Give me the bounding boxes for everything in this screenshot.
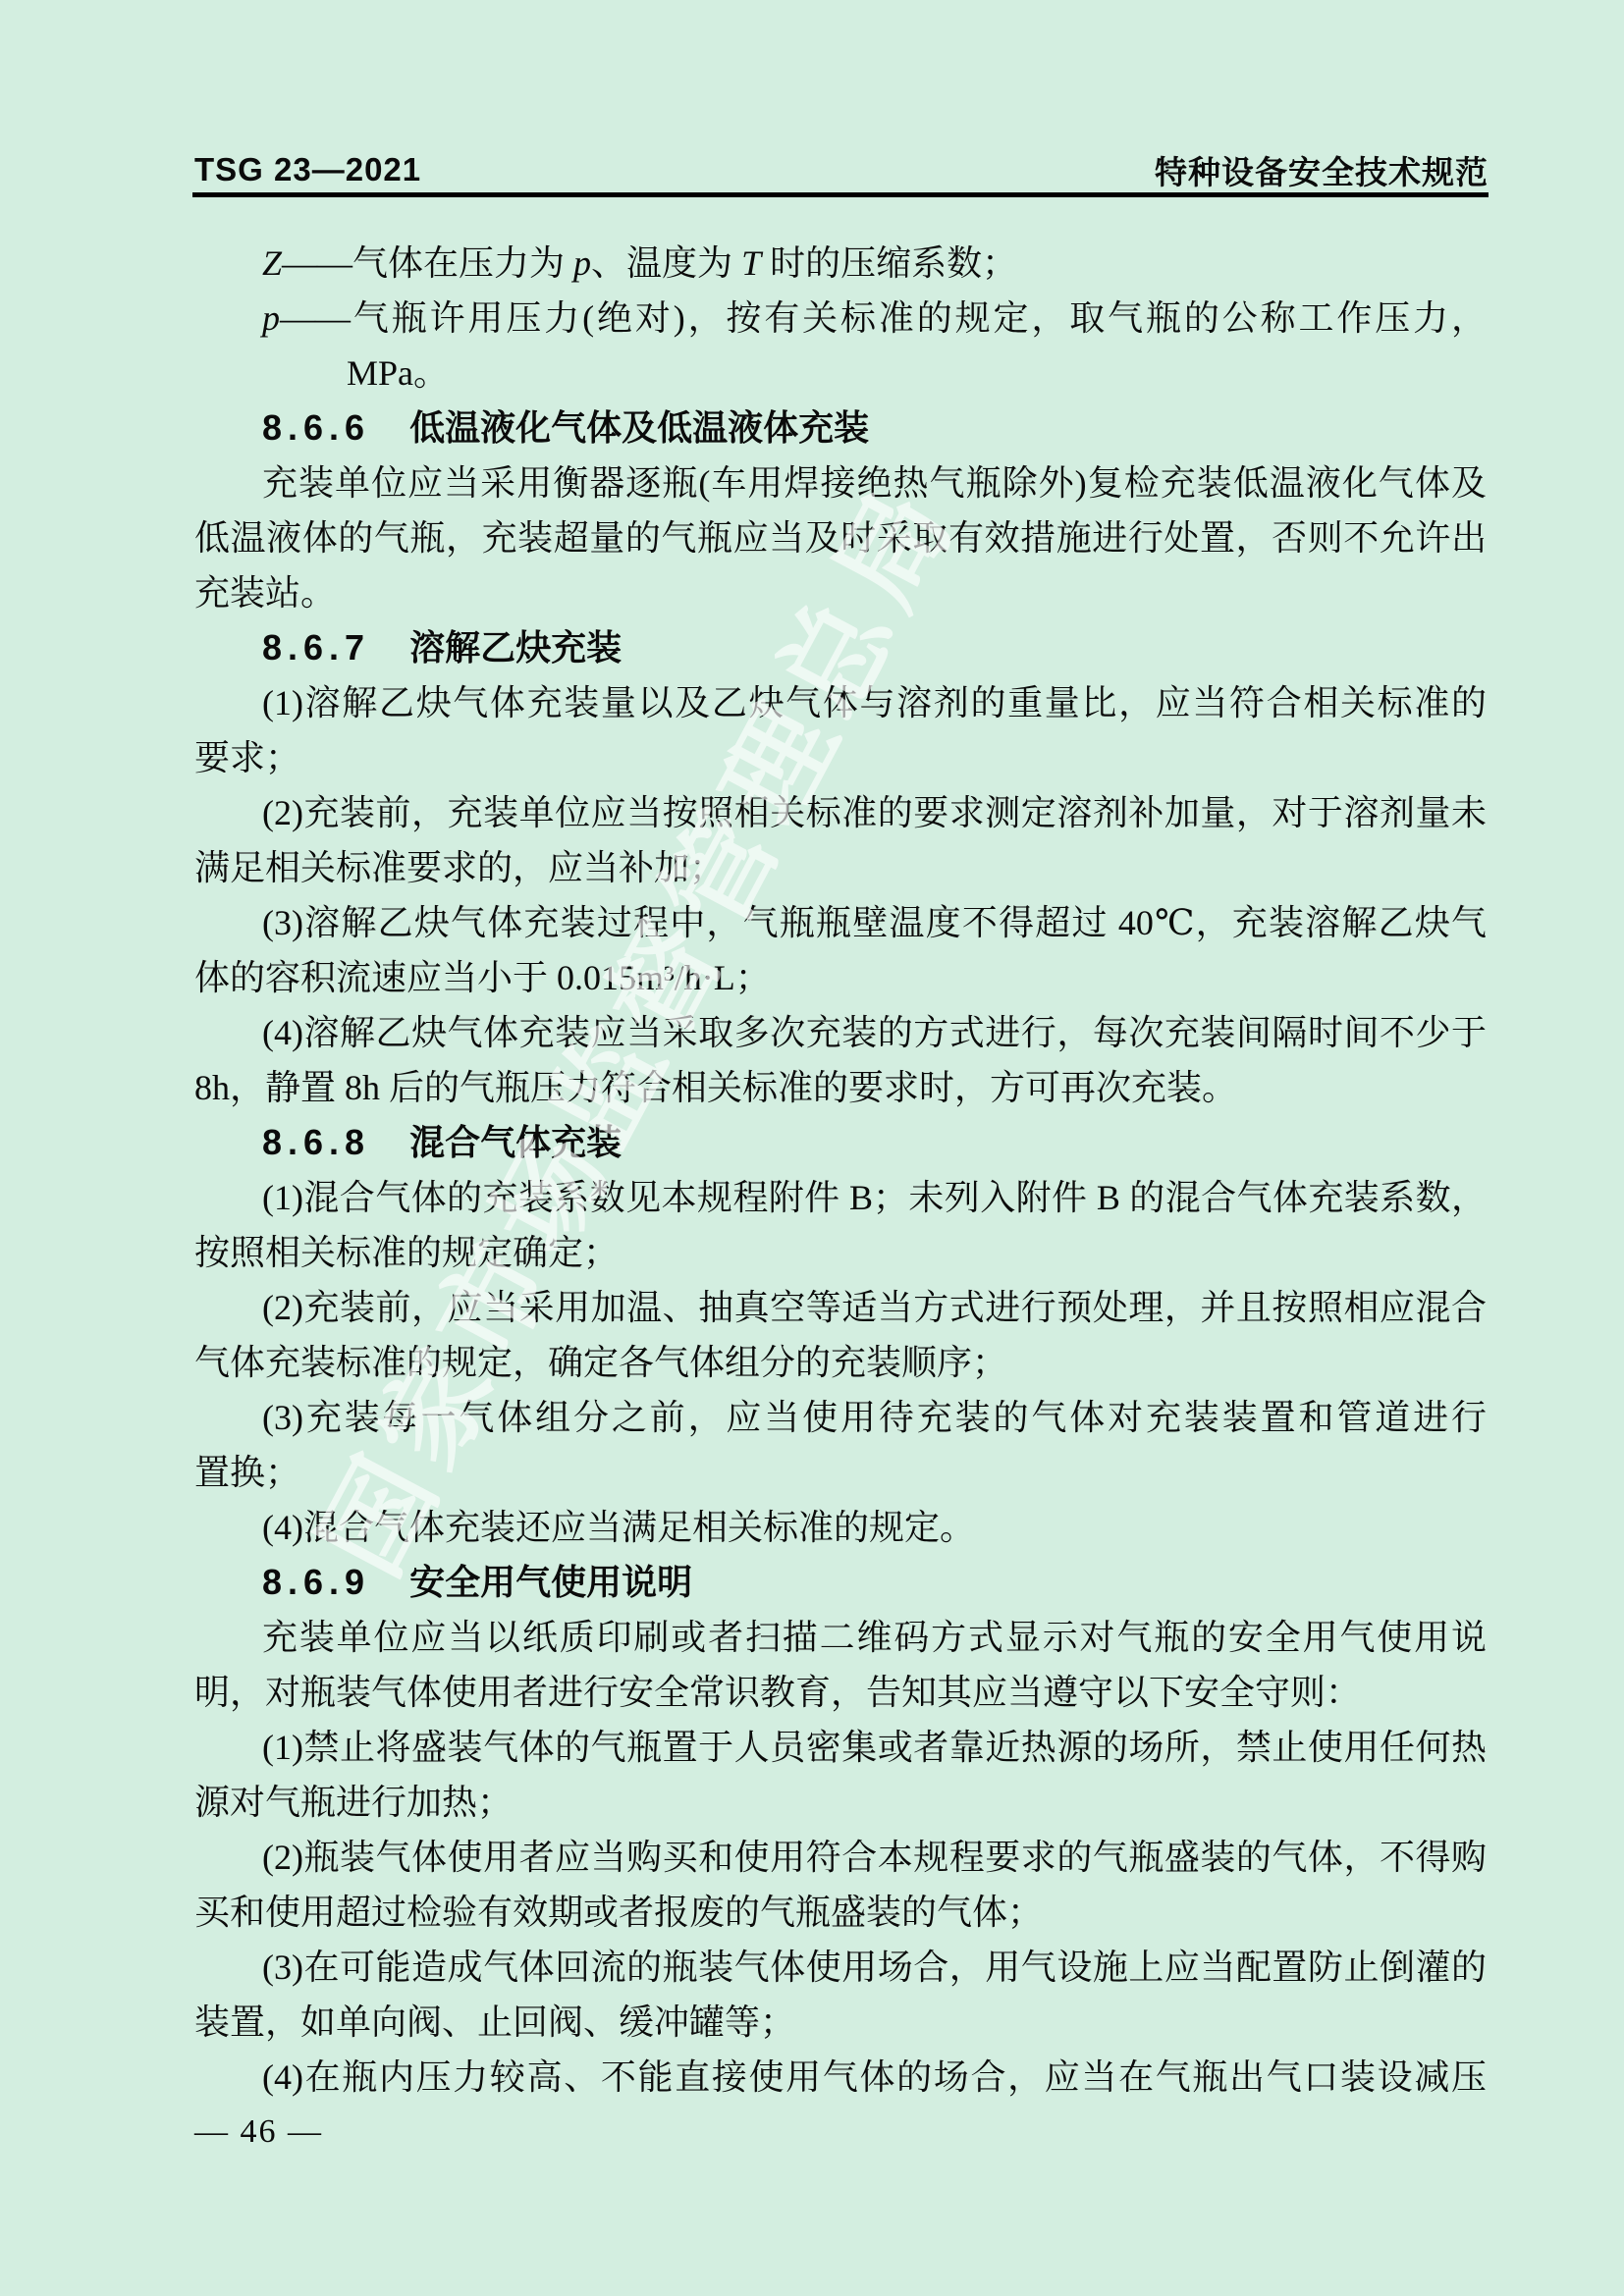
text-segment: ——气体在压力为 [282, 243, 573, 283]
text-line: 按照相关标准的规定确定； [194, 1225, 1487, 1280]
section-heading: 8.6.6 低温液化气体及低温液体充装 [194, 400, 1487, 455]
math-variable: T [741, 243, 761, 283]
text-line: 低温液体的气瓶，充装超量的气瓶应当及时采取有效措施进行处置，否则不允许出 [194, 510, 1487, 565]
math-variable: p [262, 298, 280, 338]
section-heading: 8.6.9 安全用气使用说明 [194, 1555, 1487, 1610]
text-line: MPa。 [194, 346, 1487, 400]
text-line: (2)充装前，充装单位应当按照相关标准的要求测定溶剂补加量，对于溶剂量未 [194, 785, 1487, 840]
text-segment: 、温度为 [591, 243, 741, 283]
document-title: 特种设备安全技术规范 [1155, 147, 1489, 193]
section-number: 8.6.9 [262, 1562, 370, 1602]
text-line: (4)在瓶内压力较高、不能直接使用气体的场合，应当在气瓶出气口装设减压 [194, 2050, 1487, 2105]
section-heading: 8.6.8 混合气体充装 [194, 1115, 1487, 1170]
text-line: 充装单位应当以纸质印刷或者扫描二维码方式显示对气瓶的安全用气使用说 [194, 1610, 1487, 1665]
text-segment: 溶解乙炔充装 [374, 627, 622, 667]
text-segment: 低温液化气体及低温液体充装 [374, 407, 869, 448]
section-number: 8.6.7 [262, 627, 370, 667]
text-line: 要求； [194, 730, 1487, 785]
text-line: (1)混合气体的充装系数见本规程附件 B；未列入附件 B 的混合气体充装系数， [194, 1170, 1487, 1225]
text-line: (2)瓶装气体使用者应当购买和使用符合本规程要求的气瓶盛装的气体，不得购 [194, 1830, 1487, 1885]
text-line: 买和使用超过检验有效期或者报废的气瓶盛装的气体； [194, 1885, 1487, 1940]
document-page: { "header": { "left": "TSG 23—2021", "ri… [0, 0, 1624, 2296]
text-line: 置换； [194, 1445, 1487, 1500]
text-line: (3)溶解乙炔气体充装过程中，气瓶瓶壁温度不得超过 40℃，充装溶解乙炔气 [194, 895, 1487, 950]
document-code: TSG 23—2021 [194, 151, 421, 188]
section-number: 8.6.8 [262, 1122, 370, 1162]
text-line: (4)混合气体充装还应当满足相关标准的规定。 [194, 1500, 1487, 1555]
text-line: 满足相关标准要求的，应当补加； [194, 840, 1487, 895]
header-divider [192, 192, 1489, 197]
math-variable: p [573, 243, 591, 283]
text-line: 体的容积流速应当小于 0.015m³/h·L； [194, 950, 1487, 1005]
page-header: TSG 23—2021 特种设备安全技术规范 [194, 148, 1489, 191]
text-segment: 安全用气使用说明 [374, 1562, 692, 1602]
math-variable: Z [262, 243, 282, 283]
text-line: (3)在可能造成气体回流的瓶装气体使用场合，用气设施上应当配置防止倒灌的 [194, 1940, 1487, 1995]
text-line: Z——气体在压力为 p、温度为 T 时的压缩系数； [194, 236, 1487, 291]
section-number: 8.6.6 [262, 407, 370, 448]
text-line: (1)溶解乙炔气体充装量以及乙炔气体与溶剂的重量比，应当符合相关标准的 [194, 675, 1487, 730]
text-line: 充装单位应当采用衡器逐瓶(车用焊接绝热气瓶除外)复检充装低温液化气体及 [194, 455, 1487, 510]
text-line: (4)溶解乙炔气体充装应当采取多次充装的方式进行，每次充装间隔时间不少于 [194, 1005, 1487, 1060]
text-line: 装置，如单向阀、止回阀、缓冲罐等； [194, 1995, 1487, 2050]
text-line: (1)禁止将盛装气体的气瓶置于人员密集或者靠近热源的场所，禁止使用任何热 [194, 1720, 1487, 1775]
page-number: — 46 — [194, 2105, 323, 2160]
text-line: (3)充装每一气体组分之前，应当使用待充装的气体对充装装置和管道进行 [194, 1390, 1487, 1445]
text-line: 源对气瓶进行加热； [194, 1775, 1487, 1830]
text-line: (2)充装前，应当采用加温、抽真空等适当方式进行预处理，并且按照相应混合 [194, 1280, 1487, 1335]
text-segment: 时的压缩系数； [761, 243, 1017, 283]
text-segment: ——气瓶许用压力(绝对)，按有关标准的规定，取气瓶的公称工作压力， [280, 298, 1487, 338]
text-line: 充装站。 [194, 565, 1487, 620]
document-body: Z——气体在压力为 p、温度为 T 时的压缩系数；p——气瓶许用压力(绝对)，按… [194, 236, 1487, 2105]
text-segment: 混合气体充装 [374, 1122, 622, 1162]
text-line: 气体充装标准的规定，确定各气体组分的充装顺序； [194, 1335, 1487, 1390]
text-line: 明，对瓶装气体使用者进行安全常识教育，告知其应当遵守以下安全守则： [194, 1665, 1487, 1720]
text-line: p——气瓶许用压力(绝对)，按有关标准的规定，取气瓶的公称工作压力， [194, 291, 1487, 346]
text-line: 8h，静置 8h 后的气瓶压力符合相关标准的要求时，方可再次充装。 [194, 1060, 1487, 1115]
section-heading: 8.6.7 溶解乙炔充装 [194, 620, 1487, 675]
